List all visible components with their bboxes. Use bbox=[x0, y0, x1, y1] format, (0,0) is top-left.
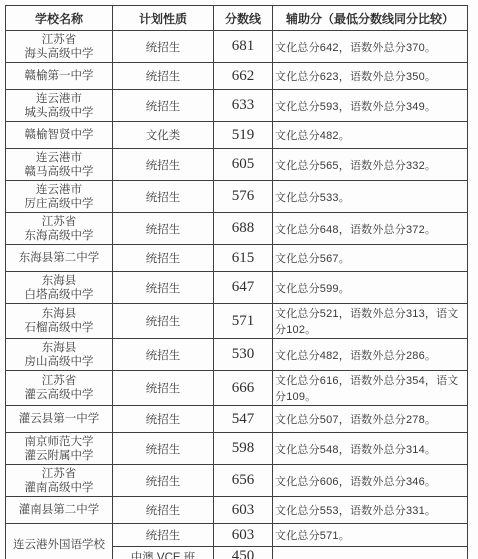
plan-type-cell: 统招生 bbox=[113, 465, 214, 497]
plan-type-cell: 统招生 bbox=[113, 149, 214, 181]
auxiliary-score-cell: 文化总分599。 bbox=[273, 272, 468, 304]
table-row: 江苏省海头高级中学统招生681文化总分642，语数外总分370。 bbox=[6, 31, 468, 63]
score-line-cell: 666 bbox=[214, 371, 273, 406]
header-row: 学校名称 计划性质 分数线 辅助分（最低分数线同分比较） bbox=[6, 6, 468, 31]
score-line-cell: 647 bbox=[214, 272, 273, 304]
school-name-cell: 东海县白塔高级中学 bbox=[6, 272, 113, 304]
score-line-cell: 547 bbox=[214, 406, 273, 433]
score-line-cell: 576 bbox=[214, 181, 273, 213]
plan-type-cell: 统招生 bbox=[113, 339, 214, 371]
table-row: 东海县石榴高级中学统招生571文化总分521，语数外总分313，语文分102。 bbox=[6, 304, 468, 339]
score-line-cell: 662 bbox=[214, 63, 273, 90]
auxiliary-score-cell: 文化总分482。 bbox=[273, 122, 468, 149]
school-name-cell: 赣榆智贤中学 bbox=[6, 122, 113, 149]
score-line-cell: 605 bbox=[214, 149, 273, 181]
school-name-cell: 江苏省东海高级中学 bbox=[6, 213, 113, 245]
school-name-cell: 灌云县第一中学 bbox=[6, 406, 113, 433]
plan-type-cell: 统招生 bbox=[113, 304, 214, 339]
table-row: 灌南县第二中学统招生603文化总分553，语数外总分331。 bbox=[6, 497, 468, 524]
table-row: 江苏省灌云高级中学统招生666文化总分616，语数外总分354，语文分109。 bbox=[6, 371, 468, 406]
score-line-cell: 633 bbox=[214, 90, 273, 122]
plan-type-cell: 统招生 bbox=[113, 433, 214, 465]
score-line-cell: 688 bbox=[214, 213, 273, 245]
table-row: 连云港外国语学校统招生603文化总分571。 bbox=[6, 524, 468, 547]
score-line-cell: 530 bbox=[214, 339, 273, 371]
plan-type-cell: 统招生 bbox=[113, 31, 214, 63]
school-name-cell: 东海县石榴高级中学 bbox=[6, 304, 113, 339]
score-line-cell: 598 bbox=[214, 433, 273, 465]
plan-type-cell: 统招生 bbox=[113, 63, 214, 90]
score-line-cell: 519 bbox=[214, 122, 273, 149]
auxiliary-score-cell: 文化总分593，语数外总分349。 bbox=[273, 90, 468, 122]
auxiliary-score-cell: 文化总分507，语数外总分278。 bbox=[273, 406, 468, 433]
column-header-score-line: 分数线 bbox=[214, 6, 273, 31]
school-name-cell: 江苏省海头高级中学 bbox=[6, 31, 113, 63]
score-line-cell: 615 bbox=[214, 245, 273, 272]
school-name-cell: 东海县房山高级中学 bbox=[6, 339, 113, 371]
table-row: 东海县白塔高级中学统招生647文化总分599。 bbox=[6, 272, 468, 304]
table-row: 南京师范大学灌云附属中学统招生598文化总分548，语数外总分314。 bbox=[6, 433, 468, 465]
score-line-cell: 656 bbox=[214, 465, 273, 497]
auxiliary-score-cell: 文化总分606，语数外总分346。 bbox=[273, 465, 468, 497]
admission-score-table: 学校名称 计划性质 分数线 辅助分（最低分数线同分比较） 江苏省海头高级中学统招… bbox=[5, 5, 468, 559]
table-body: 江苏省海头高级中学统招生681文化总分642，语数外总分370。赣榆第一中学统招… bbox=[6, 31, 468, 559]
school-name-cell: 江苏省灌云高级中学 bbox=[6, 371, 113, 406]
school-name-cell: 连云港市厉庄高级中学 bbox=[6, 181, 113, 213]
auxiliary-score-cell: 文化总分642，语数外总分370。 bbox=[273, 31, 468, 63]
table-row: 连云港市赣马高级中学统招生605文化总分565，语数外总分332。 bbox=[6, 149, 468, 181]
school-name-cell: 灌南县第二中学 bbox=[6, 497, 113, 524]
auxiliary-score-cell: 文化总分533。 bbox=[273, 181, 468, 213]
plan-type-cell: 统招生 bbox=[113, 406, 214, 433]
school-name-cell: 连云港市赣马高级中学 bbox=[6, 149, 113, 181]
auxiliary-score-cell: 文化总分553，语数外总分331。 bbox=[273, 497, 468, 524]
auxiliary-score-cell: 文化总分648，语数外总分372。 bbox=[273, 213, 468, 245]
table-row: 赣榆第一中学统招生662文化总分623，语数外总分350。 bbox=[6, 63, 468, 90]
plan-type-cell: 文化类 bbox=[113, 122, 214, 149]
column-header-school-name: 学校名称 bbox=[6, 6, 113, 31]
score-line-cell: 571 bbox=[214, 304, 273, 339]
auxiliary-score-cell: 文化总分567。 bbox=[273, 245, 468, 272]
plan-type-cell: 统招生 bbox=[113, 90, 214, 122]
auxiliary-score-cell: 文化总分565，语数外总分332。 bbox=[273, 149, 468, 181]
plan-type-cell: 中澳 VCE 班 bbox=[113, 547, 214, 559]
plan-type-cell: 统招生 bbox=[113, 272, 214, 304]
auxiliary-score-cell: 文化总分616，语数外总分354，语文分109。 bbox=[273, 371, 468, 406]
table-row: 东海县第二中学统招生615文化总分567。 bbox=[6, 245, 468, 272]
table-row: 东海县房山高级中学统招生530文化总分482，语数外总分286。 bbox=[6, 339, 468, 371]
school-name-cell: 连云港外国语学校 bbox=[6, 524, 113, 559]
plan-type-cell: 统招生 bbox=[113, 524, 214, 547]
table-row: 江苏省东海高级中学统招生688文化总分648，语数外总分372。 bbox=[6, 213, 468, 245]
score-line-cell: 681 bbox=[214, 31, 273, 63]
plan-type-cell: 统招生 bbox=[113, 181, 214, 213]
plan-type-cell: 统招生 bbox=[113, 245, 214, 272]
school-name-cell: 南京师范大学灌云附属中学 bbox=[6, 433, 113, 465]
school-name-cell: 赣榆第一中学 bbox=[6, 63, 113, 90]
score-line-cell: 450 bbox=[214, 547, 273, 559]
auxiliary-score-cell: 文化总分482，语数外总分286。 bbox=[273, 339, 468, 371]
table-row: 连云港市厉庄高级中学统招生576文化总分533。 bbox=[6, 181, 468, 213]
table-row: 赣榆智贤中学文化类519文化总分482。 bbox=[6, 122, 468, 149]
plan-type-cell: 统招生 bbox=[113, 371, 214, 406]
auxiliary-score-cell: 文化总分548，语数外总分314。 bbox=[273, 433, 468, 465]
plan-type-cell: 统招生 bbox=[113, 213, 214, 245]
auxiliary-score-cell bbox=[273, 547, 468, 559]
score-line-cell: 603 bbox=[214, 497, 273, 524]
auxiliary-score-cell: 文化总分571。 bbox=[273, 524, 468, 547]
school-name-cell: 江苏省灌南高级中学 bbox=[6, 465, 113, 497]
document-page: 学校名称 计划性质 分数线 辅助分（最低分数线同分比较） 江苏省海头高级中学统招… bbox=[0, 0, 478, 559]
auxiliary-score-cell: 文化总分623，语数外总分350。 bbox=[273, 63, 468, 90]
table-row: 灌云县第一中学统招生547文化总分507，语数外总分278。 bbox=[6, 406, 468, 433]
column-header-plan-type: 计划性质 bbox=[113, 6, 214, 31]
plan-type-cell: 统招生 bbox=[113, 497, 214, 524]
column-header-auxiliary-score: 辅助分（最低分数线同分比较） bbox=[273, 6, 468, 31]
auxiliary-score-cell: 文化总分521，语数外总分313，语文分102。 bbox=[273, 304, 468, 339]
school-name-cell: 连云港市城头高级中学 bbox=[6, 90, 113, 122]
score-line-cell: 603 bbox=[214, 524, 273, 547]
table-row: 江苏省灌南高级中学统招生656文化总分606，语数外总分346。 bbox=[6, 465, 468, 497]
school-name-cell: 东海县第二中学 bbox=[6, 245, 113, 272]
table-row: 连云港市城头高级中学统招生633文化总分593，语数外总分349。 bbox=[6, 90, 468, 122]
